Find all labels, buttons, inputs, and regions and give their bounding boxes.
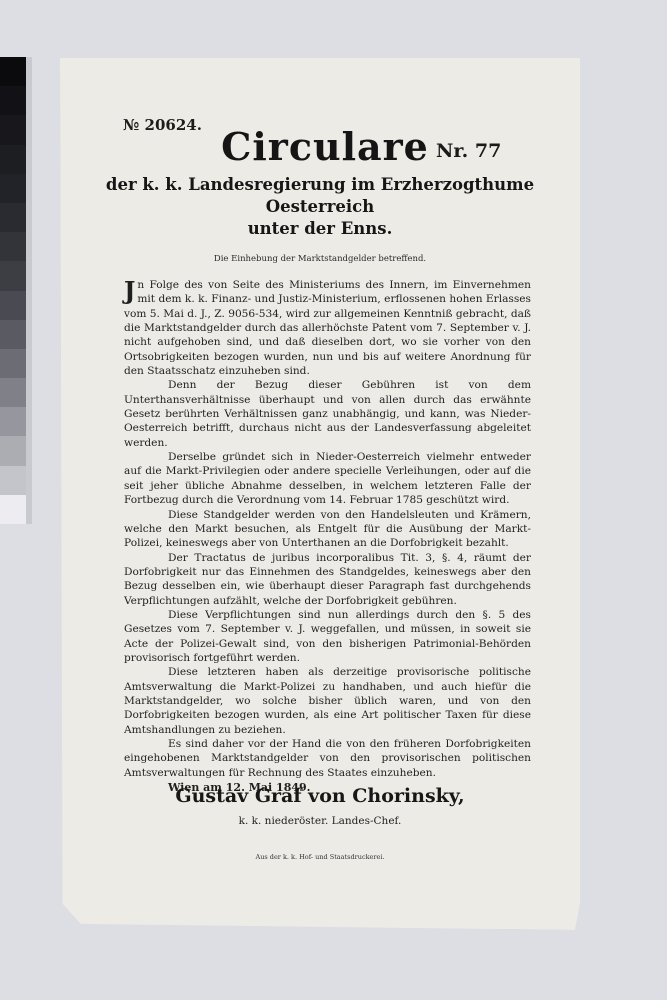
grey-scale-patch: [0, 203, 26, 232]
paragraph: Diese letzteren haben als derzeitige pro…: [124, 665, 531, 737]
grey-scale-patch: [0, 320, 26, 349]
paragraph: Derselbe gründet sich in Nieder-Oesterre…: [124, 450, 531, 507]
authority-line-2: unter der Enns.: [80, 218, 560, 240]
signature-title: k. k. niederöster. Landes-Chef.: [80, 815, 560, 827]
grey-scale-strip: [0, 57, 26, 524]
grey-scale-patch: [0, 86, 26, 115]
grey-scale-patch: [0, 436, 26, 465]
grey-scale-patch: [0, 291, 26, 320]
signature: Gustav Graf von Chorinsky,: [80, 785, 560, 807]
subject-line: Die Einhebung der Marktstandgelder betre…: [80, 254, 560, 264]
grey-scale-patch: [0, 466, 26, 495]
paragraph: Es sind daher vor der Hand die von den f…: [124, 737, 531, 780]
paragraph: Der Tractatus de juribus incorporalibus …: [124, 551, 531, 608]
paragraph: Jn Folge des von Seite des Ministeriums …: [124, 278, 531, 378]
paragraph: Denn der Bezug dieser Gebühren ist von d…: [124, 378, 531, 450]
grey-scale-patch: [0, 407, 26, 436]
circular-number: Nr. 77: [436, 140, 501, 162]
grey-scale-patch: [0, 174, 26, 203]
document-body: Jn Folge des von Seite des Ministeriums …: [124, 278, 531, 795]
issuing-authority: der k. k. Landesregierung im Erzherzogth…: [80, 174, 560, 240]
scale-strip-edge: [26, 57, 32, 524]
grey-scale-patch: [0, 261, 26, 290]
grey-scale-patch: [0, 349, 26, 378]
grey-scale-patch: [0, 145, 26, 174]
drop-cap: J: [124, 281, 135, 301]
document-title: Circulare: [220, 124, 430, 169]
paragraph: Diese Verpflichtungen sind nun allerding…: [124, 608, 531, 665]
document-number: № 20624.: [123, 116, 202, 134]
authority-line-1: der k. k. Landesregierung im Erzherzogth…: [80, 174, 560, 218]
grey-scale-patch: [0, 232, 26, 261]
grey-scale-patch: [0, 115, 26, 144]
printer-imprint: Aus der k. k. Hof- und Staatsdruckerei.: [80, 853, 560, 861]
grey-scale-patch: [0, 57, 26, 86]
document-sheet: № 20624. Circulare Nr. 77 der k. k. Land…: [60, 58, 580, 930]
paragraph: Diese Standgelder werden von den Handels…: [124, 508, 531, 551]
grey-scale-patch: [0, 495, 26, 524]
grey-scale-patch: [0, 378, 26, 407]
